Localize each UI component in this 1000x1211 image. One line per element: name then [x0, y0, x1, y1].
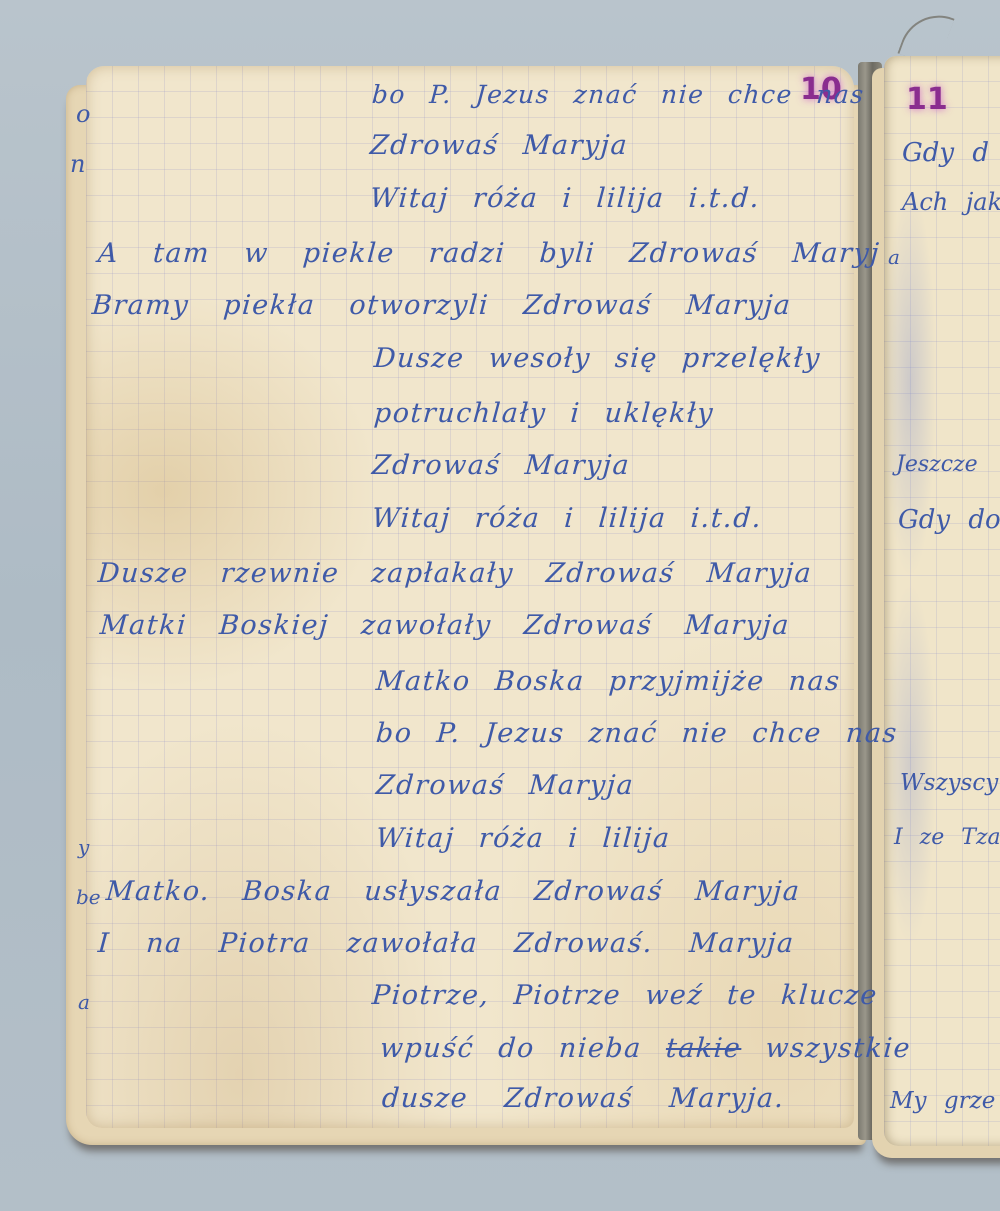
notebook-scan: 10 11 bo P. Jezus znać nie chce nas Zdro… [0, 0, 1000, 1211]
margin-fragment: be [76, 885, 101, 909]
margin-fragment: o [76, 100, 90, 128]
margin-fragment: a [78, 990, 90, 1014]
text-line: Matko Boska przyjmijże nas [375, 668, 841, 695]
right-text-line: Jeszcze [896, 452, 978, 477]
text-line: Dusze wesoły się przelękły [373, 345, 822, 372]
text-line: Witaj róża i lilija i.t.d. [371, 505, 763, 532]
text-line: bo P. Jezus znać nie chce nas [375, 720, 899, 747]
right-text-line: Gdy do [898, 505, 1000, 535]
text-line: wpuść do nieba takie wszystkie [379, 1035, 912, 1062]
text-segment: wpuść do nieba [379, 1033, 643, 1064]
margin-fragment: y [78, 835, 89, 859]
right-page [884, 56, 1000, 1146]
text-line: Zdrowaś Maryja [369, 132, 629, 159]
text-line: A tam w piekle radzi byli Zdrowaś Maryj [97, 240, 881, 267]
text-line: bo P. Jezus znać nie chce nas [371, 82, 865, 107]
margin-fragment: n [70, 150, 85, 178]
text-line: Dusze rzewnie zapłakały Zdrowaś Maryja [97, 560, 813, 587]
text-line: Bramy piekła otworzyli Zdrowaś Maryja [91, 292, 792, 319]
text-line: dusze Zdrowaś Maryja. [381, 1085, 786, 1112]
text-line: Matko. Boska usłyszała Zdrowaś Maryja [105, 878, 801, 905]
text-line: Zdrowaś Maryja [375, 772, 635, 799]
text-line: Piotrze, Piotrze weź te klucze [371, 982, 879, 1009]
left-page [86, 66, 854, 1128]
right-text-line: Gdy d [902, 138, 989, 168]
text-line: Zdrowaś Maryja [371, 452, 631, 479]
right-text-line: Ach jak [902, 188, 1000, 216]
right-text-line: I ze Tza [894, 825, 1000, 850]
right-page-number: 11 [906, 82, 948, 117]
text-line: Matki Boskiej zawołały Zdrowaś Maryja [99, 612, 791, 639]
text-line: Witaj róża i lilija [375, 825, 671, 852]
text-line: Witaj róża i lilija i.t.d. [369, 185, 761, 212]
text-line: I na Piotra zawołała Zdrowaś. Maryja [97, 930, 795, 957]
right-text-line: Wszyscy [900, 770, 998, 796]
right-text-line: a [888, 245, 900, 269]
text-segment: wszystkie [764, 1033, 912, 1064]
text-line: potruchlały i uklękły [373, 400, 715, 427]
right-text-line: My grze [890, 1088, 995, 1114]
struck-word: takie [665, 1033, 743, 1064]
